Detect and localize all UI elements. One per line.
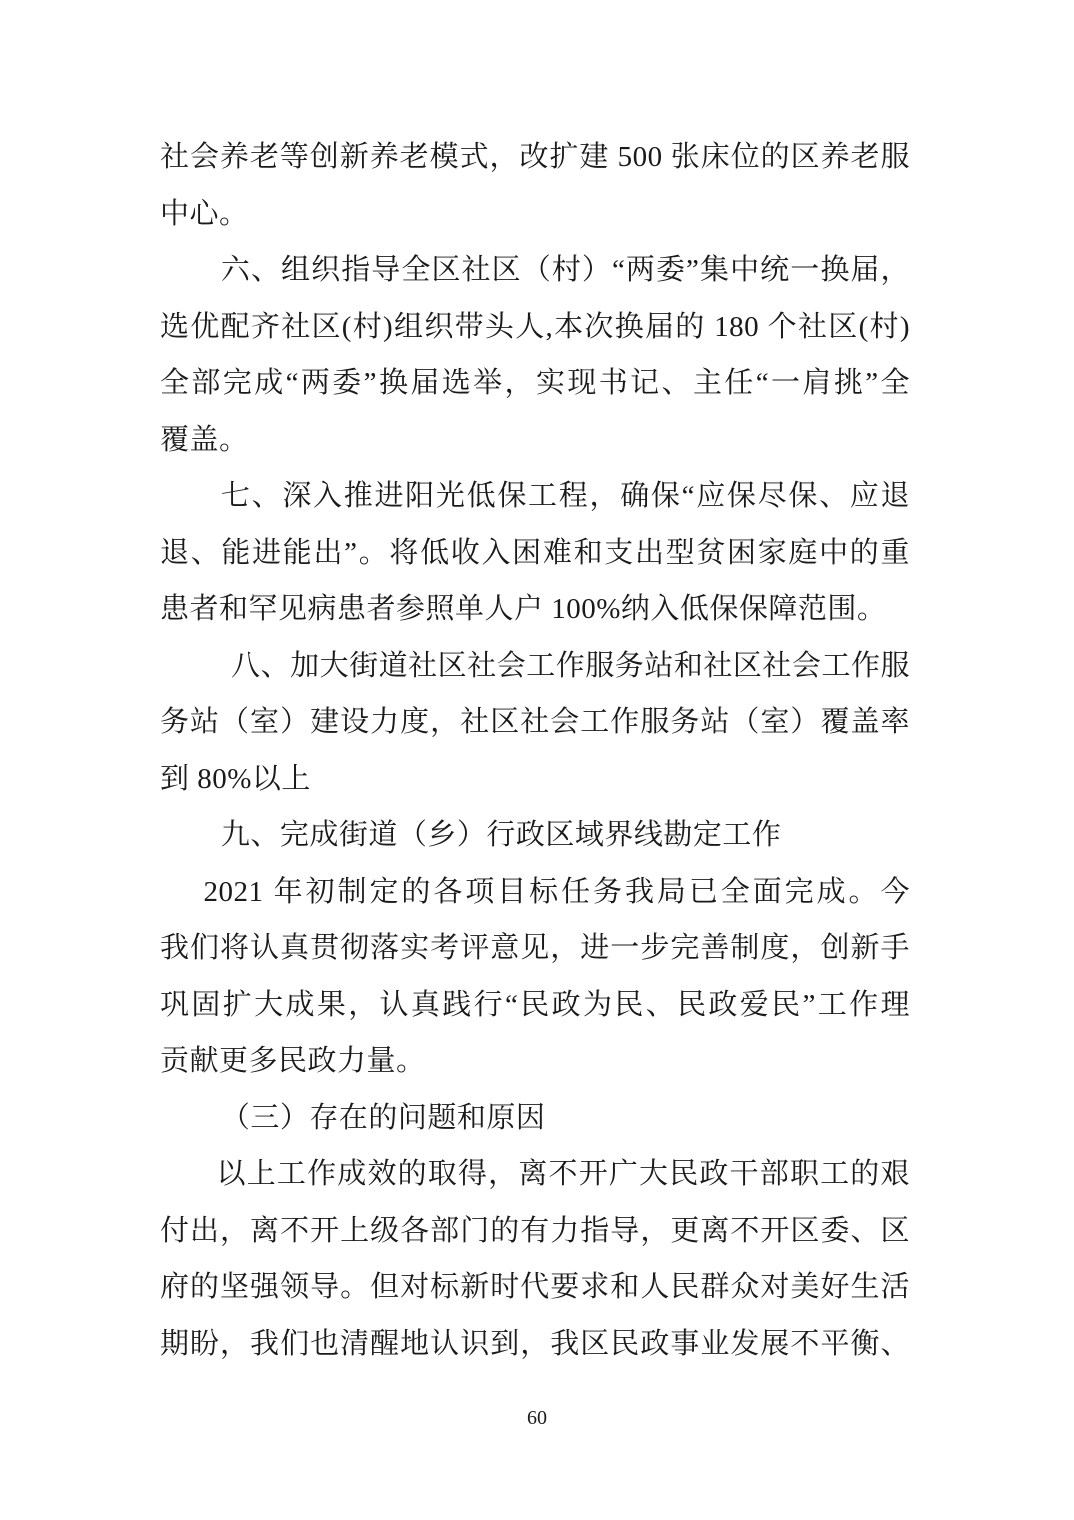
text-line: 府的坚强领导。但对标新时代要求和人民群众对美好生活的 <box>160 1259 910 1316</box>
text-line: 中心。 <box>160 186 910 243</box>
text-line: 社会养老等创新养老模式，改扩建 500 张床位的区养老服务 <box>160 129 910 186</box>
text-line: 六、组织指导全区社区（村）“两委”集中统一换届， <box>160 242 910 299</box>
text-line: 务站（室）建设力度，社区社会工作服务站（室）覆盖率达 <box>160 694 910 751</box>
text-line: 贡献更多民政力量。 <box>160 1033 910 1090</box>
text-line: （三）存在的问题和原因 <box>160 1090 910 1147</box>
document-body: 社会养老等创新养老模式，改扩建 500 张床位的区养老服务中心。六、组织指导全区… <box>160 129 910 1372</box>
document-page: 社会养老等创新养老模式，改扩建 500 张床位的区养老服务中心。六、组织指导全区… <box>0 0 1074 1520</box>
text-line: 2021 年初制定的各项目标任务我局已全面完成。今后， <box>160 864 910 921</box>
text-line: 到 80%以上 <box>160 751 910 808</box>
text-line: 退、能进能出”。将低收入困难和支出型贫困家庭中的重病 <box>160 525 910 582</box>
text-line: 全部完成“两委”换届选举，实现书记、主任“一肩挑”全 <box>160 355 910 412</box>
text-line: 付出，离不开上级各部门的有力指导，更离不开区委、区政 <box>160 1203 910 1260</box>
text-line: 七、深入推进阳光低保工程，确保“应保尽保、应退尽 <box>160 468 910 525</box>
text-line: 八、加大街道社区社会工作服务站和社区社会工作服 <box>160 638 910 695</box>
text-line: 选优配齐社区(村)组织带头人,本次换届的 180 个社区(村) <box>160 299 910 356</box>
text-line: 巩固扩大成果，认真践行“民政为民、民政爱民”工作理念， <box>160 977 910 1034</box>
page-number: 60 <box>0 1403 1074 1433</box>
text-line: 我们将认真贯彻落实考评意见，进一步完善制度，创新手段， <box>160 920 910 977</box>
text-line: 以上工作成效的取得，离不开广大民政干部职工的艰辛 <box>160 1146 910 1203</box>
text-line: 覆盖。 <box>160 412 910 469</box>
text-line: 期盼，我们也清醒地认识到，我区民政事业发展不平衡、不 <box>160 1316 910 1373</box>
text-line: 患者和罕见病患者参照单人户 100%纳入低保保障范围。 <box>160 581 910 638</box>
text-line: 九、完成街道（乡）行政区域界线勘定工作 <box>160 807 910 864</box>
